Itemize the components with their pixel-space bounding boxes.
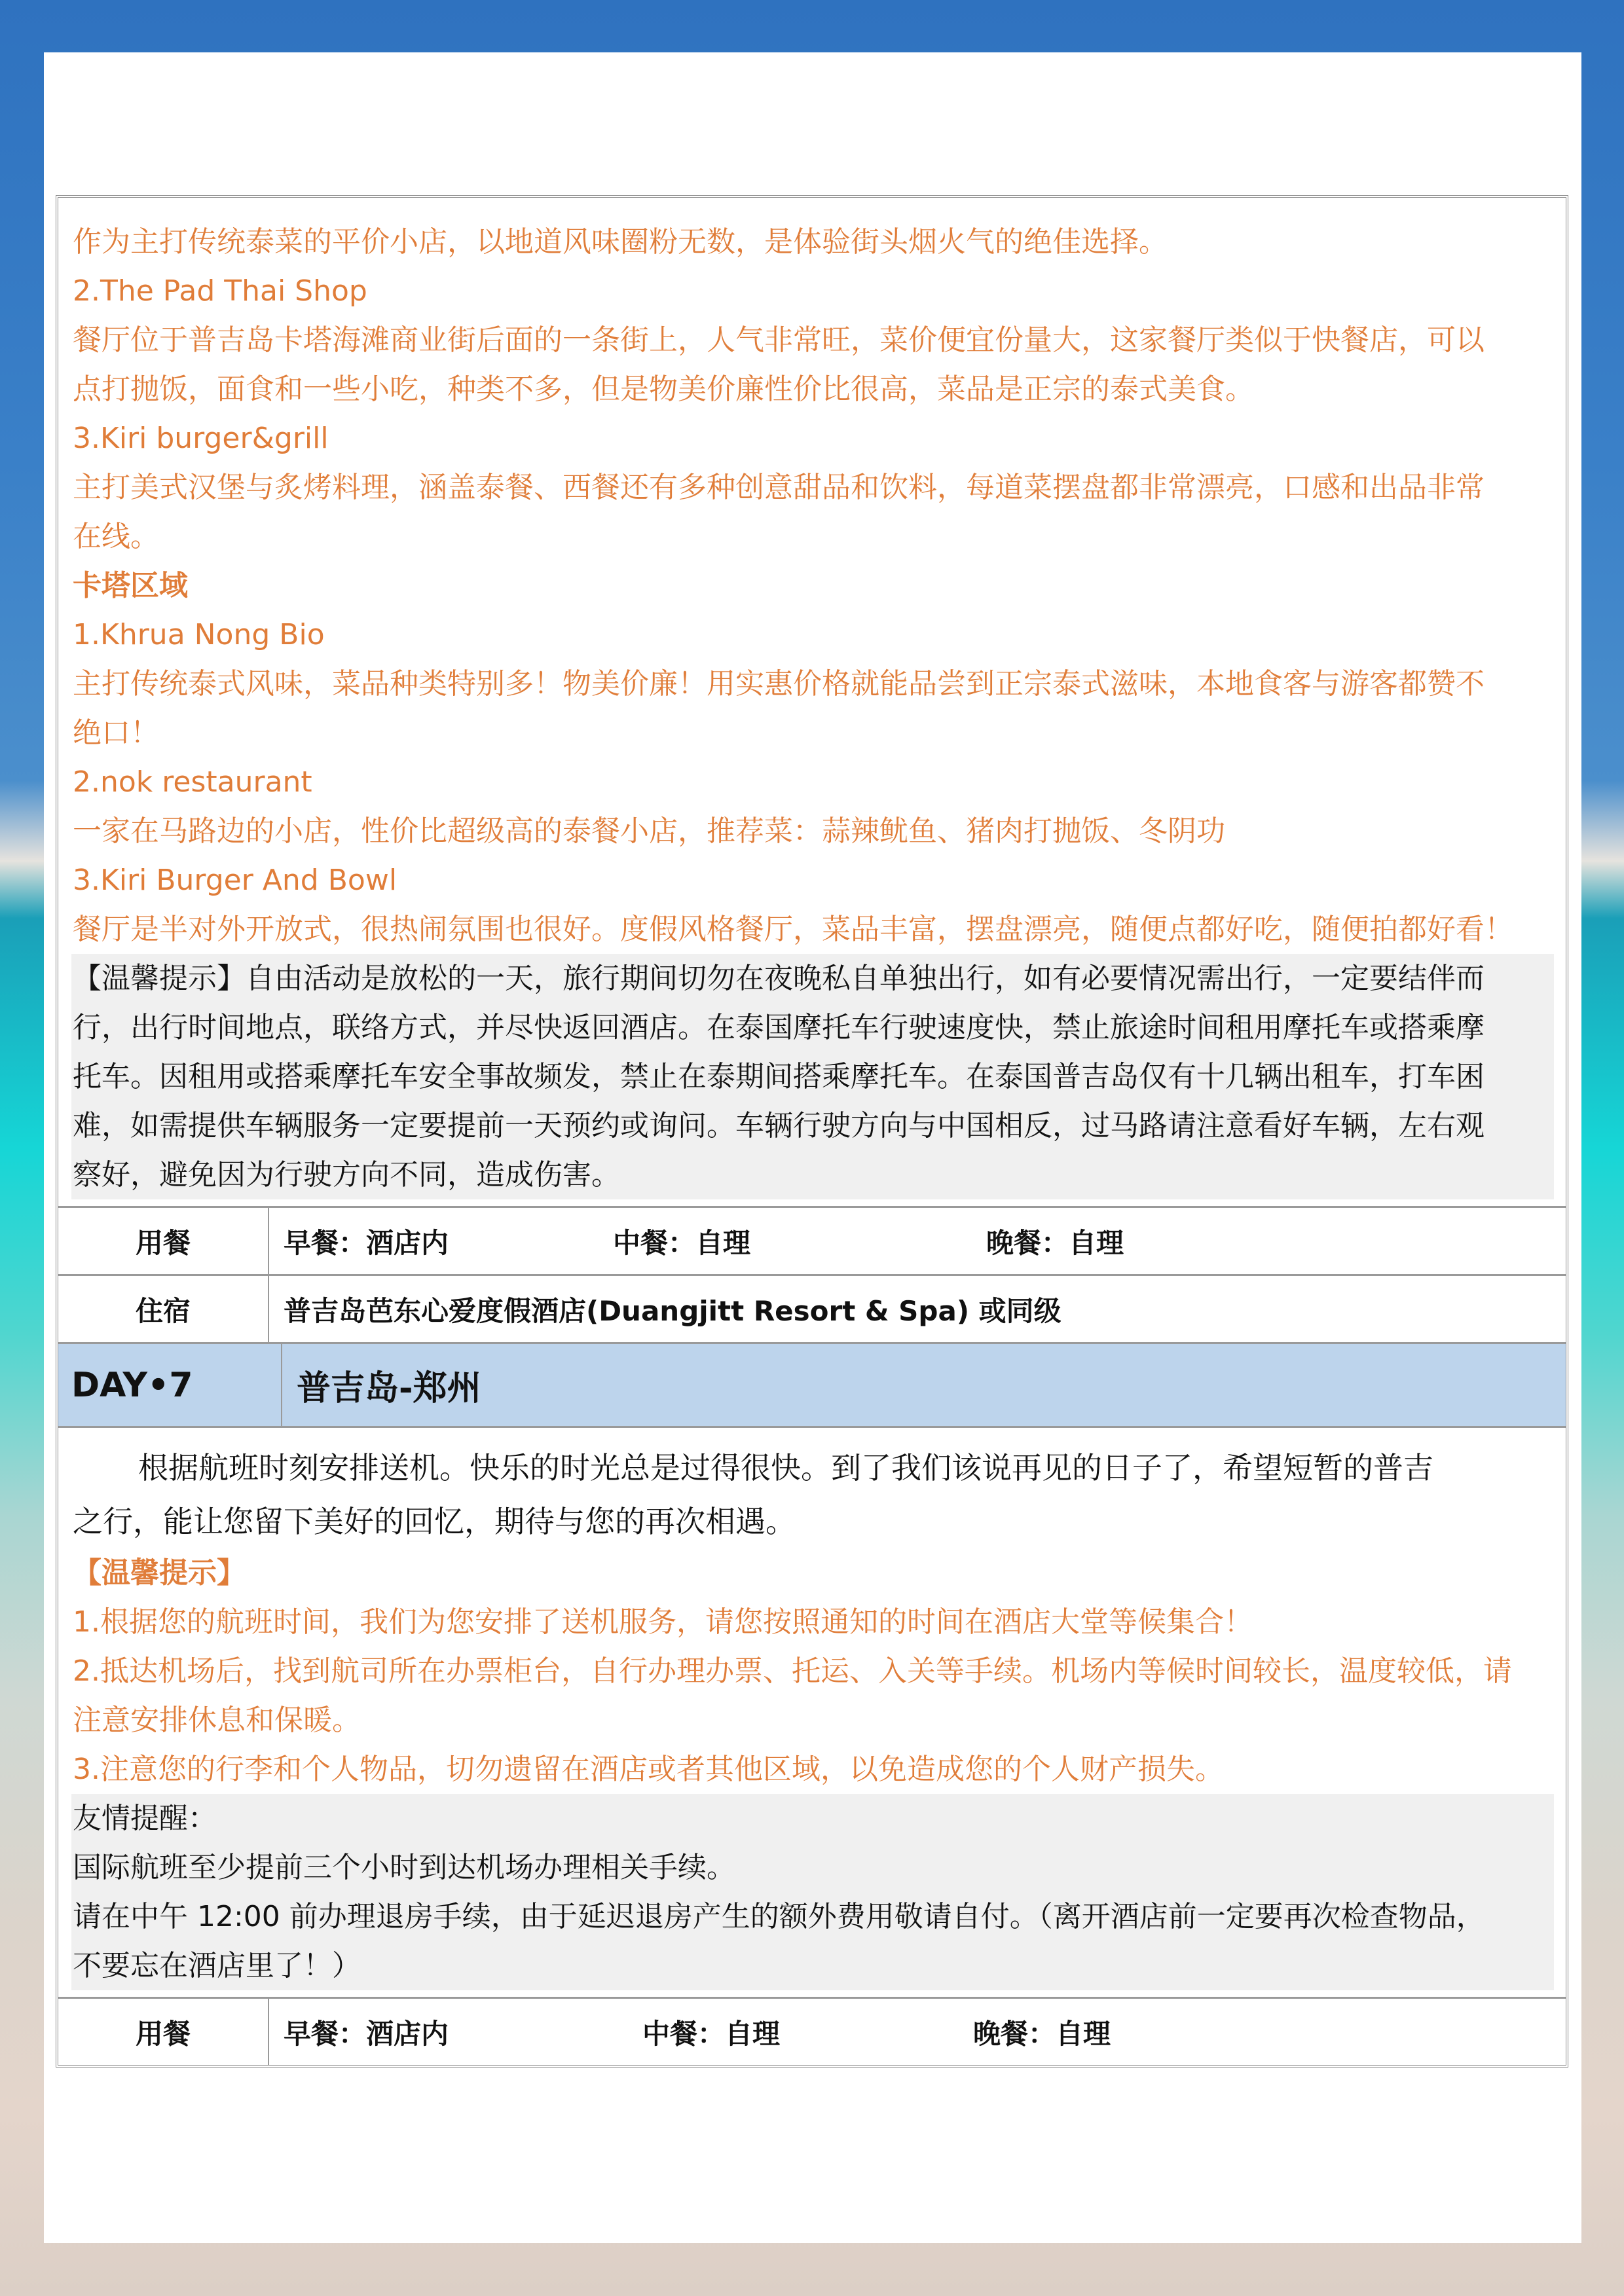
tip-line: 2.抵达机场后，找到航司所在办票柜台，自行办理办票、托运、入关等手续。机场内等候… bbox=[73, 1647, 1553, 1696]
restaurant-desc: 餐厅是半对外开放式，很热闹氛围也很好。度假风格餐厅，菜品丰富，摆盘漂亮，随便点都… bbox=[73, 905, 1553, 954]
day-route: 普吉岛-郑州 bbox=[282, 1344, 1566, 1426]
restaurant-name: 3.Kiri burger&grill bbox=[73, 414, 1553, 463]
itinerary-table: 作为主打传统泰菜的平价小店，以地道风味圈粉无数，是体验街头烟火气的绝佳选择。 2… bbox=[56, 195, 1568, 2068]
day7-content-row: 根据航班时刻安排送机。快乐的时光总是过得很快。到了我们该说再见的日子了，希望短暂… bbox=[58, 1426, 1566, 1997]
meals-label: 用餐 bbox=[58, 1999, 269, 2065]
area-heading: 卡塔区域 bbox=[73, 561, 1553, 610]
day7-content-cell: 根据航班时刻安排送机。快乐的时光总是过得很快。到了我们该说再见的日子了，希望短暂… bbox=[58, 1428, 1566, 1997]
dinner-value: 晚餐：自理 bbox=[986, 1222, 1124, 1261]
tips-title: 【温馨提示】 bbox=[73, 1548, 1553, 1597]
day6-meals-row: 用餐 早餐：酒店内 中餐：自理 晚餐：自理 bbox=[58, 1206, 1566, 1274]
reminder-line: 请在中午 12:00 前办理退房手续，由于延迟退房产生的额外费用敬请自付。（离开… bbox=[73, 1892, 1553, 1941]
day6-content-cell: 作为主打传统泰菜的平价小店，以地道风味圈粉无数，是体验街头烟火气的绝佳选择。 2… bbox=[58, 198, 1566, 1206]
restaurant-name: 2.The Pad Thai Shop bbox=[73, 266, 1553, 316]
restaurant-desc: 作为主打传统泰菜的平价小店，以地道风味圈粉无数，是体验街头烟火气的绝佳选择。 bbox=[73, 217, 1553, 266]
reminder-title: 友情提醒： bbox=[73, 1794, 1553, 1843]
intro-line: 根据航班时刻安排送机。快乐的时光总是过得很快。到了我们该说再见的日子了，希望短暂… bbox=[73, 1441, 1553, 1495]
lunch-value: 中餐：自理 bbox=[642, 2013, 780, 2052]
breakfast-value: 早餐：酒店内 bbox=[284, 2013, 449, 2052]
restaurant-desc: 主打传统泰式风味，菜品种类特别多！物美价廉！用实惠价格就能品尝到正宗泰式滋味，本… bbox=[73, 659, 1553, 708]
hotel-value: 普吉岛芭东心爱度假酒店(Duangjitt Resort & Spa) 或同级 bbox=[269, 1276, 1566, 1342]
meals-values: 早餐：酒店内 中餐：自理 晚餐：自理 bbox=[269, 1999, 1566, 2065]
restaurant-desc: 主打美式汉堡与炙烤料理，涵盖泰餐、西餐还有多种创意甜品和饮料，每道菜摆盘都非常漂… bbox=[73, 463, 1553, 512]
stay-label: 住宿 bbox=[58, 1276, 269, 1342]
dinner-value: 晚餐：自理 bbox=[973, 2013, 1111, 2052]
reminder-box: 友情提醒： 国际航班至少提前三个小时到达机场办理相关手续。 请在中午 12:00… bbox=[71, 1794, 1554, 1990]
reminder-line: 国际航班至少提前三个小时到达机场办理相关手续。 bbox=[73, 1843, 1553, 1892]
restaurant-desc: 点打抛饭，面食和一些小吃，种类不多，但是物美价廉性价比很高，菜品是正宗的泰式美食… bbox=[73, 365, 1553, 414]
tip-line: 1.根据您的航班时间，我们为您安排了送机服务，请您按照通知的时间在酒店大堂等候集… bbox=[73, 1597, 1553, 1647]
tip-line: 察好，避免因为行驶方向不同，造成伤害。 bbox=[73, 1150, 1553, 1199]
meals-values: 早餐：酒店内 中餐：自理 晚餐：自理 bbox=[269, 1208, 1566, 1274]
restaurant-desc: 一家在马路边的小店，性价比超级高的泰餐小店，推荐菜：蒜辣鱿鱼、猪肉打抛饭、冬阴功 bbox=[73, 807, 1553, 856]
restaurant-name: 2.nok restaurant bbox=[73, 757, 1553, 807]
tip-line: 3.注意您的行李和个人物品，切勿遗留在酒店或者其他区域，以免造成您的个人财产损失… bbox=[73, 1745, 1553, 1794]
day7-header-row: DAY•7 普吉岛-郑州 bbox=[58, 1342, 1566, 1426]
restaurant-desc: 在线。 bbox=[73, 512, 1553, 561]
meals-label: 用餐 bbox=[58, 1208, 269, 1274]
day6-stay-row: 住宿 普吉岛芭东心爱度假酒店(Duangjitt Resort & Spa) 或… bbox=[58, 1274, 1566, 1342]
day7-meals-row: 用餐 早餐：酒店内 中餐：自理 晚餐：自理 bbox=[58, 1997, 1566, 2065]
reminder-line: 不要忘在酒店里了！） bbox=[73, 1941, 1553, 1990]
breakfast-value: 早餐：酒店内 bbox=[284, 1222, 449, 1261]
restaurant-name: 1.Khrua Nong Bio bbox=[73, 610, 1553, 659]
restaurant-desc: 绝口！ bbox=[73, 708, 1553, 757]
lunch-value: 中餐：自理 bbox=[613, 1222, 750, 1261]
intro-line: 之行，能让您留下美好的回忆，期待与您的再次相遇。 bbox=[73, 1495, 1553, 1548]
day-label: DAY•7 bbox=[58, 1344, 282, 1426]
tip-line: 行，出行时间地点，联络方式，并尽快返回酒店。在泰国摩托车行驶速度快，禁止旅途时间… bbox=[73, 1003, 1553, 1052]
tip-line: 注意安排休息和保暖。 bbox=[73, 1696, 1553, 1745]
safety-tip-box: 【温馨提示】自由活动是放松的一天，旅行期间切勿在夜晚私自单独出行，如有必要情况需… bbox=[71, 954, 1554, 1199]
restaurant-desc: 餐厅位于普吉岛卡塔海滩商业街后面的一条街上，人气非常旺，菜价便宜份量大，这家餐厅… bbox=[73, 316, 1553, 365]
restaurant-name: 3.Kiri Burger And Bowl bbox=[73, 856, 1553, 905]
tip-line: 【温馨提示】自由活动是放松的一天，旅行期间切勿在夜晚私自单独出行，如有必要情况需… bbox=[73, 954, 1553, 1003]
tip-line: 难，如需提供车辆服务一定要提前一天预约或询问。车辆行驶方向与中国相反，过马路请注… bbox=[73, 1101, 1553, 1150]
tip-line: 托车。因租用或搭乘摩托车安全事故频发，禁止在泰期间搭乘摩托车。在泰国普吉岛仅有十… bbox=[73, 1052, 1553, 1101]
